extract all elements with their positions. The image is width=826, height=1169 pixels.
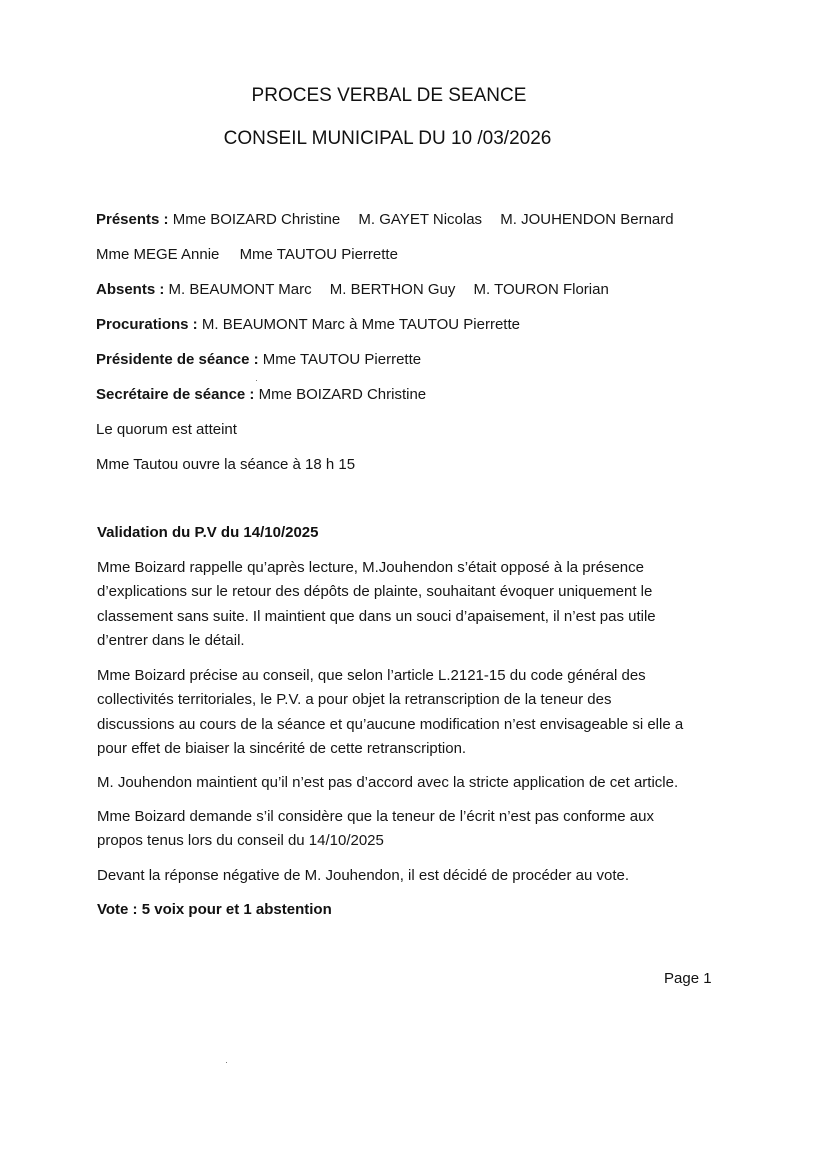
absents-label: Absents : — [96, 281, 164, 298]
presents-line-1: Présents : Mme BOIZARD Christine M. GAYE… — [96, 211, 674, 228]
paragraph-line: collectivités territoriales, le P.V. a p… — [97, 688, 737, 712]
paragraph: M. Jouhendon maintient qu’il n’est pas d… — [97, 771, 737, 795]
paragraph-line: Devant la réponse négative de M. Jouhend… — [97, 864, 737, 888]
absents-line: Absents : M. BEAUMONT Marc M. BERTHON Gu… — [96, 281, 609, 298]
paragraph-line: d’entrer dans le détail. — [97, 629, 737, 653]
presents-line-2: Mme MEGE Annie Mme TAUTOU Pierrette — [96, 246, 398, 263]
document-subtitle: CONSEIL MUNICIPAL DU 10 /03/2026 — [0, 128, 775, 150]
ouverture-line: Mme Tautou ouvre la séance à 18 h 15 — [96, 456, 355, 473]
member-name: Mme BOIZARD Christine — [173, 211, 341, 228]
paragraph-line: Mme Boizard rappelle qu’après lecture, M… — [97, 556, 737, 580]
document-page: PROCES VERBAL DE SEANCE CONSEIL MUNICIPA… — [0, 0, 826, 1169]
member-name: Mme TAUTOU Pierrette — [240, 246, 398, 263]
section-heading: Validation du P.V du 14/10/2025 — [97, 524, 318, 541]
paragraph-line: classement sans suite. Il maintient que … — [97, 605, 737, 629]
scan-speck — [256, 380, 257, 381]
secretaire-line: Secrétaire de séance : Mme BOIZARD Chris… — [96, 386, 426, 403]
page-number: Page 1 — [664, 970, 712, 987]
paragraph-line: pour effet de biaiser la sincérité de ce… — [97, 737, 737, 761]
member-name: Mme MEGE Annie — [96, 246, 219, 263]
secretaire-label: Secrétaire de séance : — [96, 386, 254, 403]
member-name: M. TOURON Florian — [474, 281, 609, 298]
paragraph-line: d’explications sur le retour des dépôts … — [97, 580, 737, 604]
paragraph-line: discussions au cours de la séance et qu’… — [97, 713, 737, 737]
presents-label: Présents : — [96, 211, 169, 228]
member-name: M. BERTHON Guy — [330, 281, 456, 298]
paragraph-line: Mme Boizard précise au conseil, que selo… — [97, 664, 737, 688]
procurations-label: Procurations : — [96, 316, 198, 333]
paragraph-line: Mme Boizard demande s’il considère que l… — [97, 805, 737, 829]
paragraph-line: propos tenus lors du conseil du 14/10/20… — [97, 829, 737, 853]
member-name: M. JOUHENDON Bernard — [500, 211, 673, 228]
member-name: M. GAYET Nicolas — [358, 211, 482, 228]
procurations-value: M. BEAUMONT Marc à Mme TAUTOU Pierrette — [202, 316, 520, 333]
secretaire-value: Mme BOIZARD Christine — [259, 386, 427, 403]
presidente-value: Mme TAUTOU Pierrette — [263, 351, 421, 368]
member-name: M. BEAUMONT Marc — [169, 281, 312, 298]
paragraph: Mme Boizard rappelle qu’après lecture, M… — [97, 556, 737, 653]
scan-speck — [226, 1062, 227, 1063]
presidente-line: Présidente de séance : Mme TAUTOU Pierre… — [96, 351, 421, 368]
presidente-label: Présidente de séance : — [96, 351, 259, 368]
procurations-line: Procurations : M. BEAUMONT Marc à Mme TA… — [96, 316, 520, 333]
quorum-line: Le quorum est atteint — [96, 421, 237, 438]
paragraph: Mme Boizard précise au conseil, que selo… — [97, 664, 737, 761]
paragraph: Mme Boizard demande s’il considère que l… — [97, 805, 737, 854]
vote-result: Vote : 5 voix pour et 1 abstention — [97, 901, 332, 918]
paragraph: Devant la réponse négative de M. Jouhend… — [97, 864, 737, 888]
document-title: PROCES VERBAL DE SEANCE — [0, 85, 778, 107]
paragraph-line: M. Jouhendon maintient qu’il n’est pas d… — [97, 771, 737, 795]
